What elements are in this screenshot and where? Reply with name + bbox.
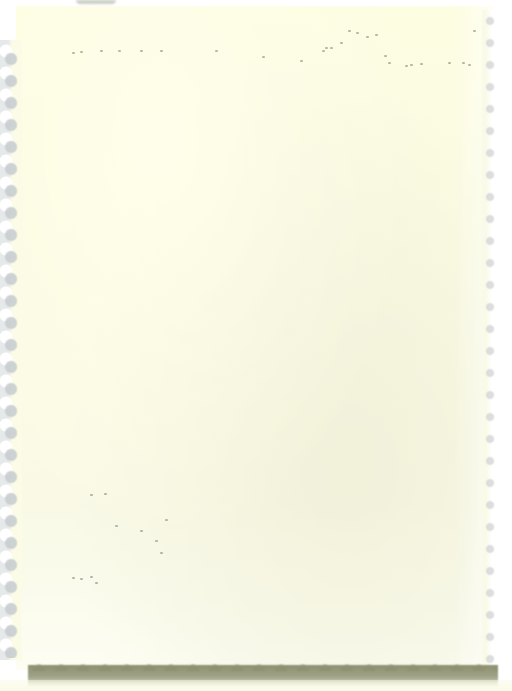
speck (468, 64, 471, 66)
speck (80, 51, 83, 53)
speck (375, 34, 378, 36)
left-perforation-shadow (4, 48, 18, 658)
speck (473, 30, 476, 32)
speck (300, 60, 303, 62)
photo-scene (0, 0, 512, 691)
stamp-back-paper (16, 6, 494, 670)
speck (388, 62, 391, 64)
speck (366, 36, 369, 38)
top-edge-shadow (76, 0, 116, 4)
speck (160, 50, 163, 52)
speck (104, 493, 107, 495)
speck (80, 578, 83, 580)
speck (160, 552, 163, 554)
speck (262, 56, 265, 58)
speck (330, 47, 333, 49)
speck (405, 65, 408, 67)
speck (118, 50, 121, 52)
speck (72, 577, 75, 579)
speck (215, 50, 218, 52)
speck (155, 540, 158, 542)
speck (140, 530, 143, 532)
bottom-fade (0, 680, 512, 691)
speck (410, 64, 413, 66)
speck (140, 50, 143, 52)
speck (325, 47, 328, 49)
right-perforation-edge (482, 10, 512, 670)
speck (72, 52, 75, 54)
speck (420, 63, 423, 65)
speck (448, 62, 451, 64)
speck (100, 50, 103, 52)
speck (322, 50, 325, 52)
speck (95, 582, 98, 584)
speck (384, 55, 387, 57)
speck (340, 42, 343, 44)
speck (90, 576, 93, 578)
show-through-marks (320, 2, 490, 20)
speck (462, 62, 465, 64)
speck (115, 525, 118, 527)
speck (90, 494, 93, 496)
speck (356, 32, 359, 34)
speck (348, 30, 351, 32)
speck (165, 519, 168, 521)
